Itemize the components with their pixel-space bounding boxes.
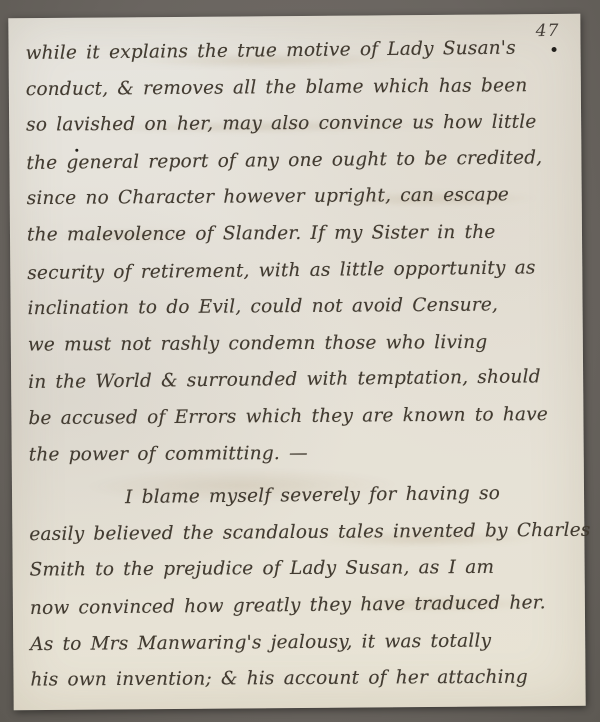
manuscript-line: Smith to the prejudice of Lady Susan, as… [30,550,579,590]
manuscript-line: while it explains the true motive of Lad… [25,30,574,73]
manuscript-text: while it explains the true motive of Lad… [25,31,579,700]
manuscript-line: easily believed the scandalous tales inv… [29,513,578,554]
manuscript-line: conduct, & removes all the blame which h… [26,67,575,108]
manuscript-line: As to Mrs Manwaring's jealousy, it was t… [30,622,579,663]
manuscript-line: inclination to do Evil, could not avoid … [27,287,576,328]
manuscript-line: the power of committing. — [29,434,578,474]
manuscript-line: we must not rashly condemn those who liv… [28,324,577,364]
background-mat: 47 while it explains the true motive of … [0,0,600,722]
manuscript-line: the general report of any one ought to b… [26,140,575,183]
manuscript-line: in the World & surrounded with temptatio… [28,359,577,402]
manuscript-line: I blame myself severely for having so [125,475,578,517]
manuscript-page: 47 while it explains the true motive of … [8,14,585,710]
manuscript-line: be accused of Errors which they are know… [28,397,577,438]
manuscript-line: since no Character however upright, can … [27,177,576,218]
manuscript-line: his own invention; & his account of her … [30,659,579,699]
manuscript-line: so lavished on her, may also convince us… [26,105,575,145]
manuscript-line: now convinced how greatly they have trad… [30,585,579,628]
manuscript-line: the malevolence of Slander. If my Sister… [27,214,576,254]
manuscript-line: security of retirement, with as little o… [27,250,576,293]
